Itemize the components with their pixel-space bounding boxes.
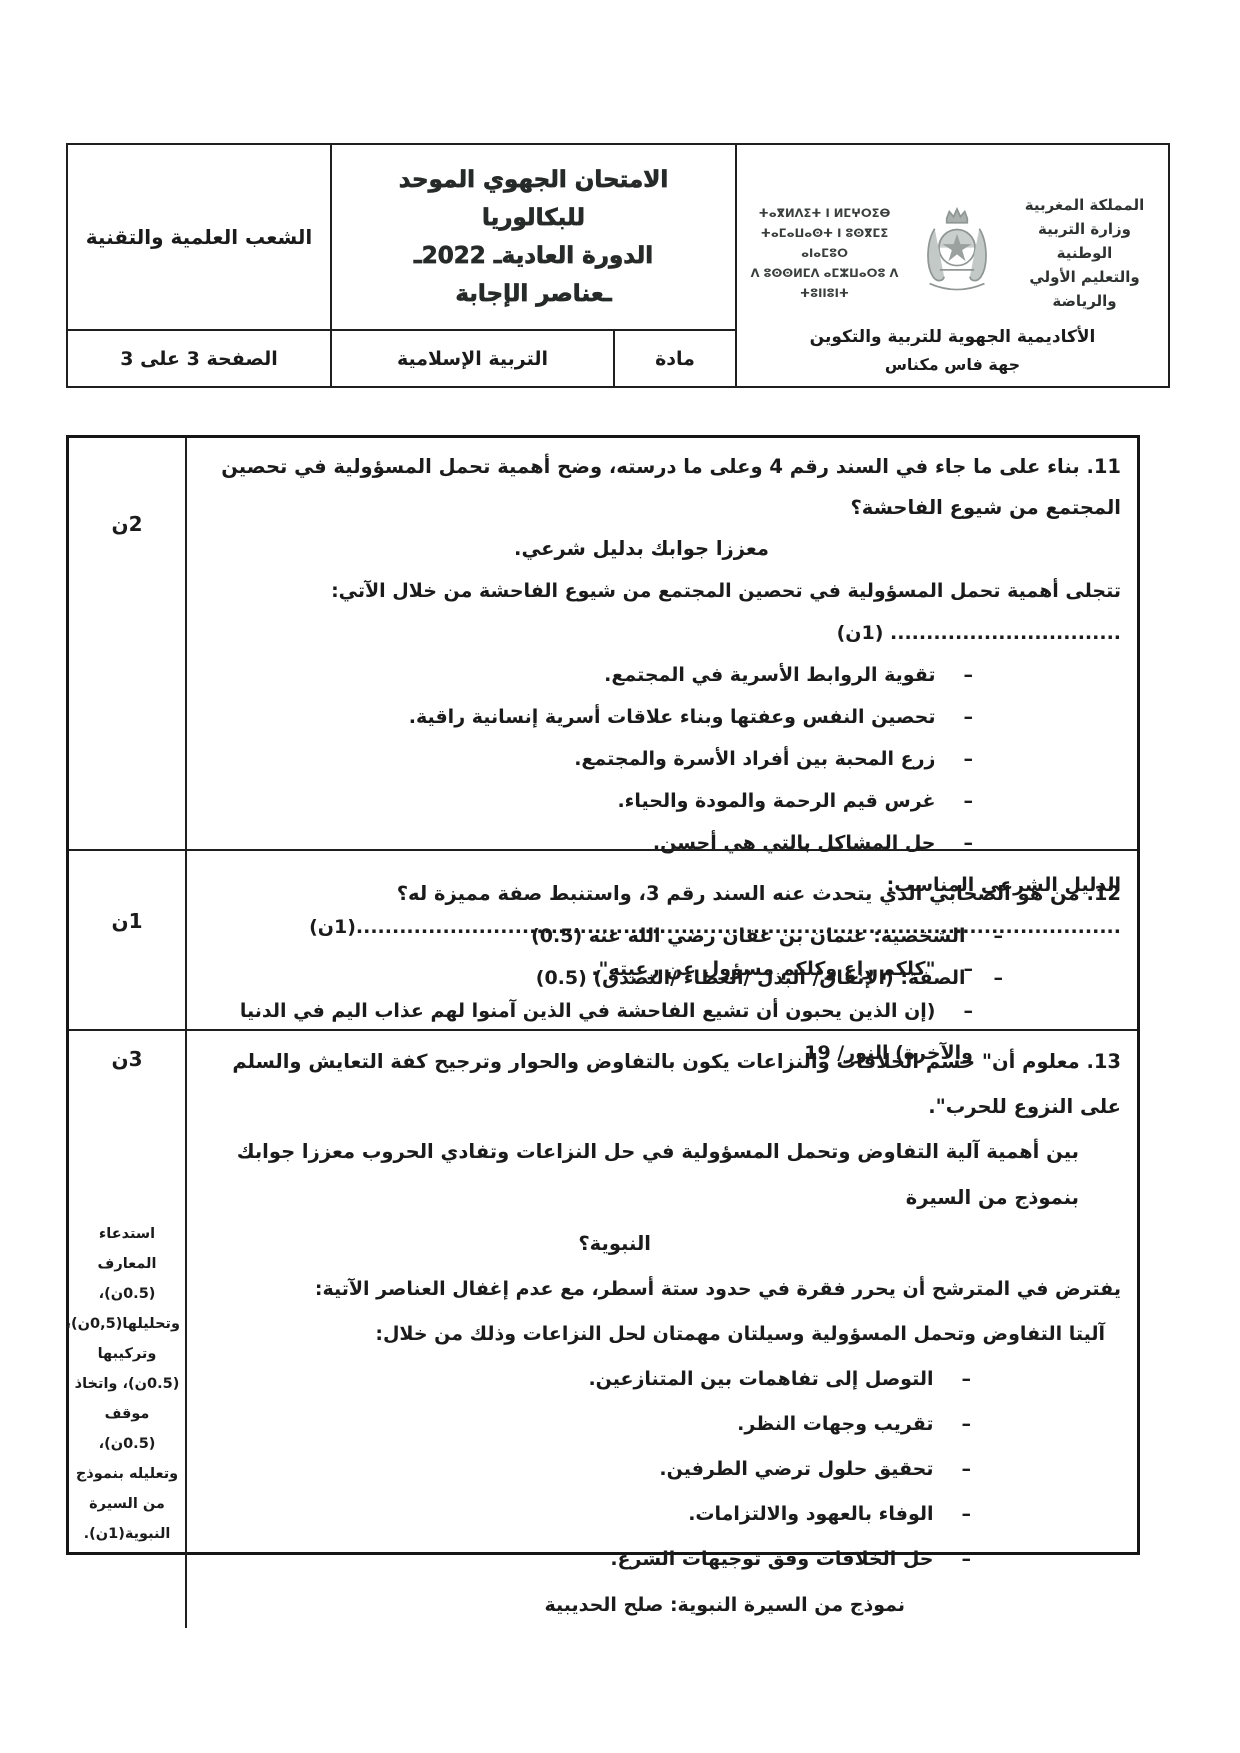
q13-bullet-4: الوفاء بالعهود والالتزامات.	[213, 1492, 1121, 1537]
q13-bullet-1: التوصل إلى تفاهمات بين المتنازعين.	[213, 1357, 1121, 1402]
q11-intro-line: تتجلى أهمية تحمل المسؤولية في تحصين المج…	[213, 570, 1121, 654]
q11-question-line2: معززا جوابك بدليل شرعي.	[213, 528, 1121, 570]
subject-label: مادة	[655, 348, 695, 370]
q11-intro-label: تتجلى أهمية تحمل المسؤولية في تحصين المج…	[331, 580, 1121, 602]
q11-bullet-4: غرس قيم الرحمة والمودة والحياء.	[213, 780, 1121, 822]
q11-bullet-2: تحصين النفس وعفتها وبناء علاقات أسرية إن…	[213, 696, 1121, 738]
page-number-label: الصفحة 3 على 3	[120, 348, 278, 370]
morocco-coat-of-arms-icon	[914, 203, 1000, 303]
q11-mark-cell: 2ن	[69, 438, 187, 851]
q12-mark-cell: 1ن	[69, 851, 187, 1031]
q13-question-line3: النبوية؟	[213, 1221, 1121, 1267]
page-number-cell: الصفحة 3 على 3	[68, 331, 332, 386]
answers-table: 2ن 11. بناء على ما جاء في السند رقم 4 وع…	[66, 435, 1140, 1555]
q12-question: 12. من هو الصحابي الذي يتحدث عنه السند ر…	[213, 873, 1121, 915]
q11-bullet-1: تقوية الروابط الأسرية في المجتمع.	[213, 654, 1121, 696]
header-table: الشعب العلمية والتقنية الامتحان الجهوي ا…	[66, 143, 1170, 388]
q13-question-line1: 13. معلوم أن" حسم الخلافات والنزاعات يكو…	[213, 1039, 1121, 1129]
q11-bullet-3: زرع المحبة بين أفراد الأسرة والمجتمع.	[213, 738, 1121, 780]
ministry-tifinagh-text: ⵜⴰⴳⵍⴷⵉⵜ ⵏ ⵍⵎⵖⵔⵉⴱ ⵜⴰⵎⴰⵡⴰⵙⵜ ⵏ ⵓⵙⴳⵎⵉ ⴰⵏⴰⵎⵓⵔ…	[746, 203, 904, 303]
exam-answer-sheet-page: الشعب العلمية والتقنية الامتحان الجهوي ا…	[0, 0, 1240, 1753]
q13-answer-cell: 13. معلوم أن" حسم الخلافات والنزاعات يكو…	[187, 1031, 1137, 1628]
q12-answer-cell: 12. من هو الصحابي الذي يتحدث عنه السند ر…	[187, 851, 1137, 1031]
q11-question-line1: 11. بناء على ما جاء في السند رقم 4 وعلى …	[213, 446, 1121, 528]
exam-title-line3: الدورة العاديةـ 2022ـ	[414, 237, 653, 275]
region-label: جهة فاس مكناس	[885, 355, 1020, 374]
ministry-line3: والتعليم الأولي والرياضة	[1010, 265, 1160, 313]
q13-mark-cell: 3ن استدعاء المعارف (0.5ن)، وتحليلها(0,5ن…	[69, 1031, 187, 1628]
q11-intro-mark: (1ن)	[837, 622, 890, 644]
q13-bullet-3: تحقيق حلول ترضي الطرفين.	[213, 1447, 1121, 1492]
q11-answer-cell: 11. بناء على ما جاء في السند رقم 4 وعلى …	[187, 438, 1137, 851]
exam-title-line1: الامتحان الجهوي الموحد	[399, 161, 669, 199]
ministry-cell: ⵜⴰⴳⵍⴷⵉⵜ ⵏ ⵍⵎⵖⵔⵉⴱ ⵜⴰⵎⴰⵡⴰⵙⵜ ⵏ ⵓⵙⴳⵎⵉ ⴰⵏⴰⵎⵓⵔ…	[737, 145, 1168, 386]
subject-label-cell: مادة	[615, 331, 737, 386]
exam-title-line4: ـعناصر الإجابة	[455, 275, 611, 313]
q12-mark: 1ن	[69, 909, 185, 933]
academy-label: الأكاديمية الجهوية للتربية والتكوين	[810, 327, 1096, 347]
exam-title-cell: الامتحان الجهوي الموحد للبكالوريا الدورة…	[332, 145, 737, 331]
exam-title-line2: للبكالوريا	[482, 199, 585, 237]
q13-model-answer: نموذج من السيرة النبوية: صلح الحديبية	[213, 1582, 1121, 1628]
q12-bullet-2: الصفة: (الإنفاق/ البذل /العطاء /التصدق) …	[213, 957, 1121, 999]
ministry-arabic-text: المملكة المغربية وزارة التربية الوطنية و…	[1010, 193, 1160, 313]
tifinagh-line2: ⵜⴰⵎⴰⵡⴰⵙⵜ ⵏ ⵓⵙⴳⵎⵉ ⴰⵏⴰⵎⵓⵔ	[746, 223, 904, 263]
q13-bullet-2: تقريب وجهات النظر.	[213, 1402, 1121, 1447]
ministry-line1: المملكة المغربية	[1010, 193, 1160, 217]
tifinagh-line3: ⴷ ⵓⵙⵙⵍⵎⴷ ⴰⵎⵣⵡⴰⵔⵓ ⴷ ⵜⵓⵏⵏⵓⵏⵜ	[746, 263, 904, 303]
subject-cell: التربية الإسلامية	[332, 331, 615, 386]
tifinagh-line1: ⵜⴰⴳⵍⴷⵉⵜ ⵏ ⵍⵎⵖⵔⵉⴱ	[746, 203, 904, 223]
ministry-line2: وزارة التربية الوطنية	[1010, 217, 1160, 265]
branch-cell: الشعب العلمية والتقنية	[68, 145, 332, 331]
q13-guideline: يفترض في المترشح أن يحرر فقرة في حدود ست…	[213, 1267, 1121, 1312]
q13-mark-note: استدعاء المعارف (0.5ن)، وتحليلها(0,5ن)، …	[69, 1219, 185, 1549]
q11-mark: 2ن	[69, 512, 185, 536]
q11-intro-dots: ................................	[890, 622, 1121, 644]
q13-intro: آليتا التفاوض وتحمل المسؤولية وسيلتان مه…	[213, 1312, 1121, 1357]
q13-mark: 3ن	[69, 1047, 185, 1071]
q13-question-line2: بين أهمية آلية التفاوض وتحمل المسؤولية ف…	[213, 1129, 1121, 1221]
subject-value: التربية الإسلامية	[397, 348, 548, 370]
q13-bullet-5: حل الخلافات وفق توجيهات الشرع.	[213, 1537, 1121, 1582]
q12-bullet-1: الشخصية: عثمان بن عفان رضي الله عنه (0.5…	[213, 915, 1121, 957]
branch-label: الشعب العلمية والتقنية	[86, 225, 312, 249]
ministry-row: ⵜⴰⴳⵍⴷⵉⵜ ⵏ ⵍⵎⵖⵔⵉⴱ ⵜⴰⵎⴰⵡⴰⵙⵜ ⵏ ⵓⵙⴳⵎⵉ ⴰⵏⴰⵎⵓⵔ…	[737, 193, 1168, 313]
